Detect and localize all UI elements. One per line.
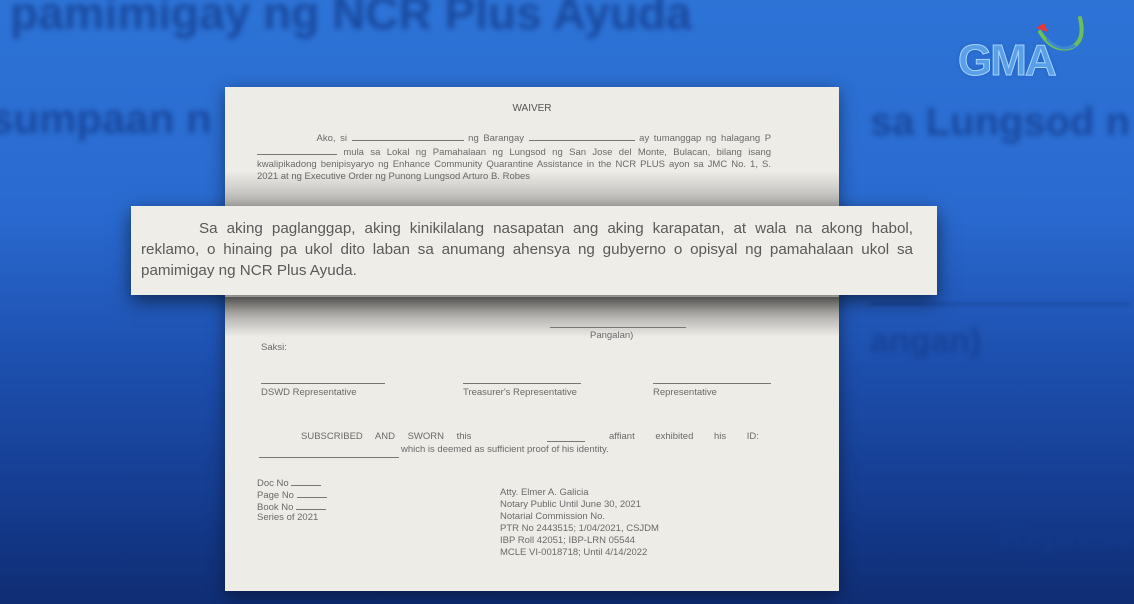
background-blurred-text: pamimigay ng NCR Plus Ayuda bbox=[10, 0, 692, 40]
notary-line: PTR No 2443515; 1/04/2021, CSJDM bbox=[500, 523, 659, 535]
gma-heart-icon bbox=[1030, 12, 1090, 72]
notary-line: IBP Roll 42051; IBP-LRN 05544 bbox=[500, 535, 635, 547]
barangay-blank bbox=[529, 131, 635, 141]
document-title: WAIVER bbox=[225, 103, 839, 115]
notary-line: Atty. Elmer A. Galicia bbox=[500, 487, 589, 499]
subscribed-text: affiant exhibited his ID: bbox=[609, 431, 759, 443]
shadow bbox=[225, 171, 839, 207]
quote-text: Sa aking paglanggap, aking kinikilalang … bbox=[141, 218, 913, 281]
subscribed-text: SUBSCRIBED AND SWORN this bbox=[301, 431, 471, 443]
name-blank bbox=[352, 131, 464, 141]
witness-dswd: DSWD Representative bbox=[261, 387, 357, 399]
waiver-document: WAIVER Ako, si ng Barangay ay tumanggap … bbox=[225, 87, 839, 591]
witness-label: Saksi: bbox=[261, 342, 287, 354]
highlighted-quote: Sa aking paglanggap, aking kinikilalang … bbox=[131, 206, 937, 295]
gma-logo: GMA bbox=[958, 16, 1088, 86]
witness-line bbox=[653, 383, 771, 384]
series: Series of 2021 bbox=[257, 512, 318, 524]
background-rule bbox=[870, 303, 1130, 305]
background-blurred-text: sumpaan n bbox=[0, 95, 212, 143]
notary-line: Notarial Commission No. bbox=[500, 511, 605, 523]
date-blank bbox=[547, 441, 585, 442]
text: Ako, si bbox=[317, 133, 347, 144]
background-blurred-text: Represe bbox=[1000, 518, 1134, 557]
signature-label: Pangalan) bbox=[590, 330, 633, 342]
text: ng Barangay bbox=[468, 133, 524, 144]
background-blurred-text: sa Lungsod n bbox=[870, 100, 1130, 145]
witness-line bbox=[463, 383, 581, 384]
background-blurred-text: angan) bbox=[870, 322, 981, 361]
shadow bbox=[225, 297, 839, 337]
amount-blank bbox=[257, 145, 337, 155]
id-blank bbox=[259, 457, 399, 458]
signature-line bbox=[550, 327, 686, 328]
text: ay tumanggap ng halagang P bbox=[639, 133, 771, 144]
witness-representative: Representative bbox=[653, 387, 717, 399]
witness-treasurer: Treasurer's Representative bbox=[463, 387, 577, 399]
notary-line: Notary Public Until June 30, 2021 bbox=[500, 499, 641, 511]
notary-line: MCLE VI-0018718; Until 4/14/2022 bbox=[500, 547, 647, 559]
subscribed-text: which is deemed as sufficient proof of h… bbox=[401, 444, 609, 456]
witness-line bbox=[261, 383, 385, 384]
